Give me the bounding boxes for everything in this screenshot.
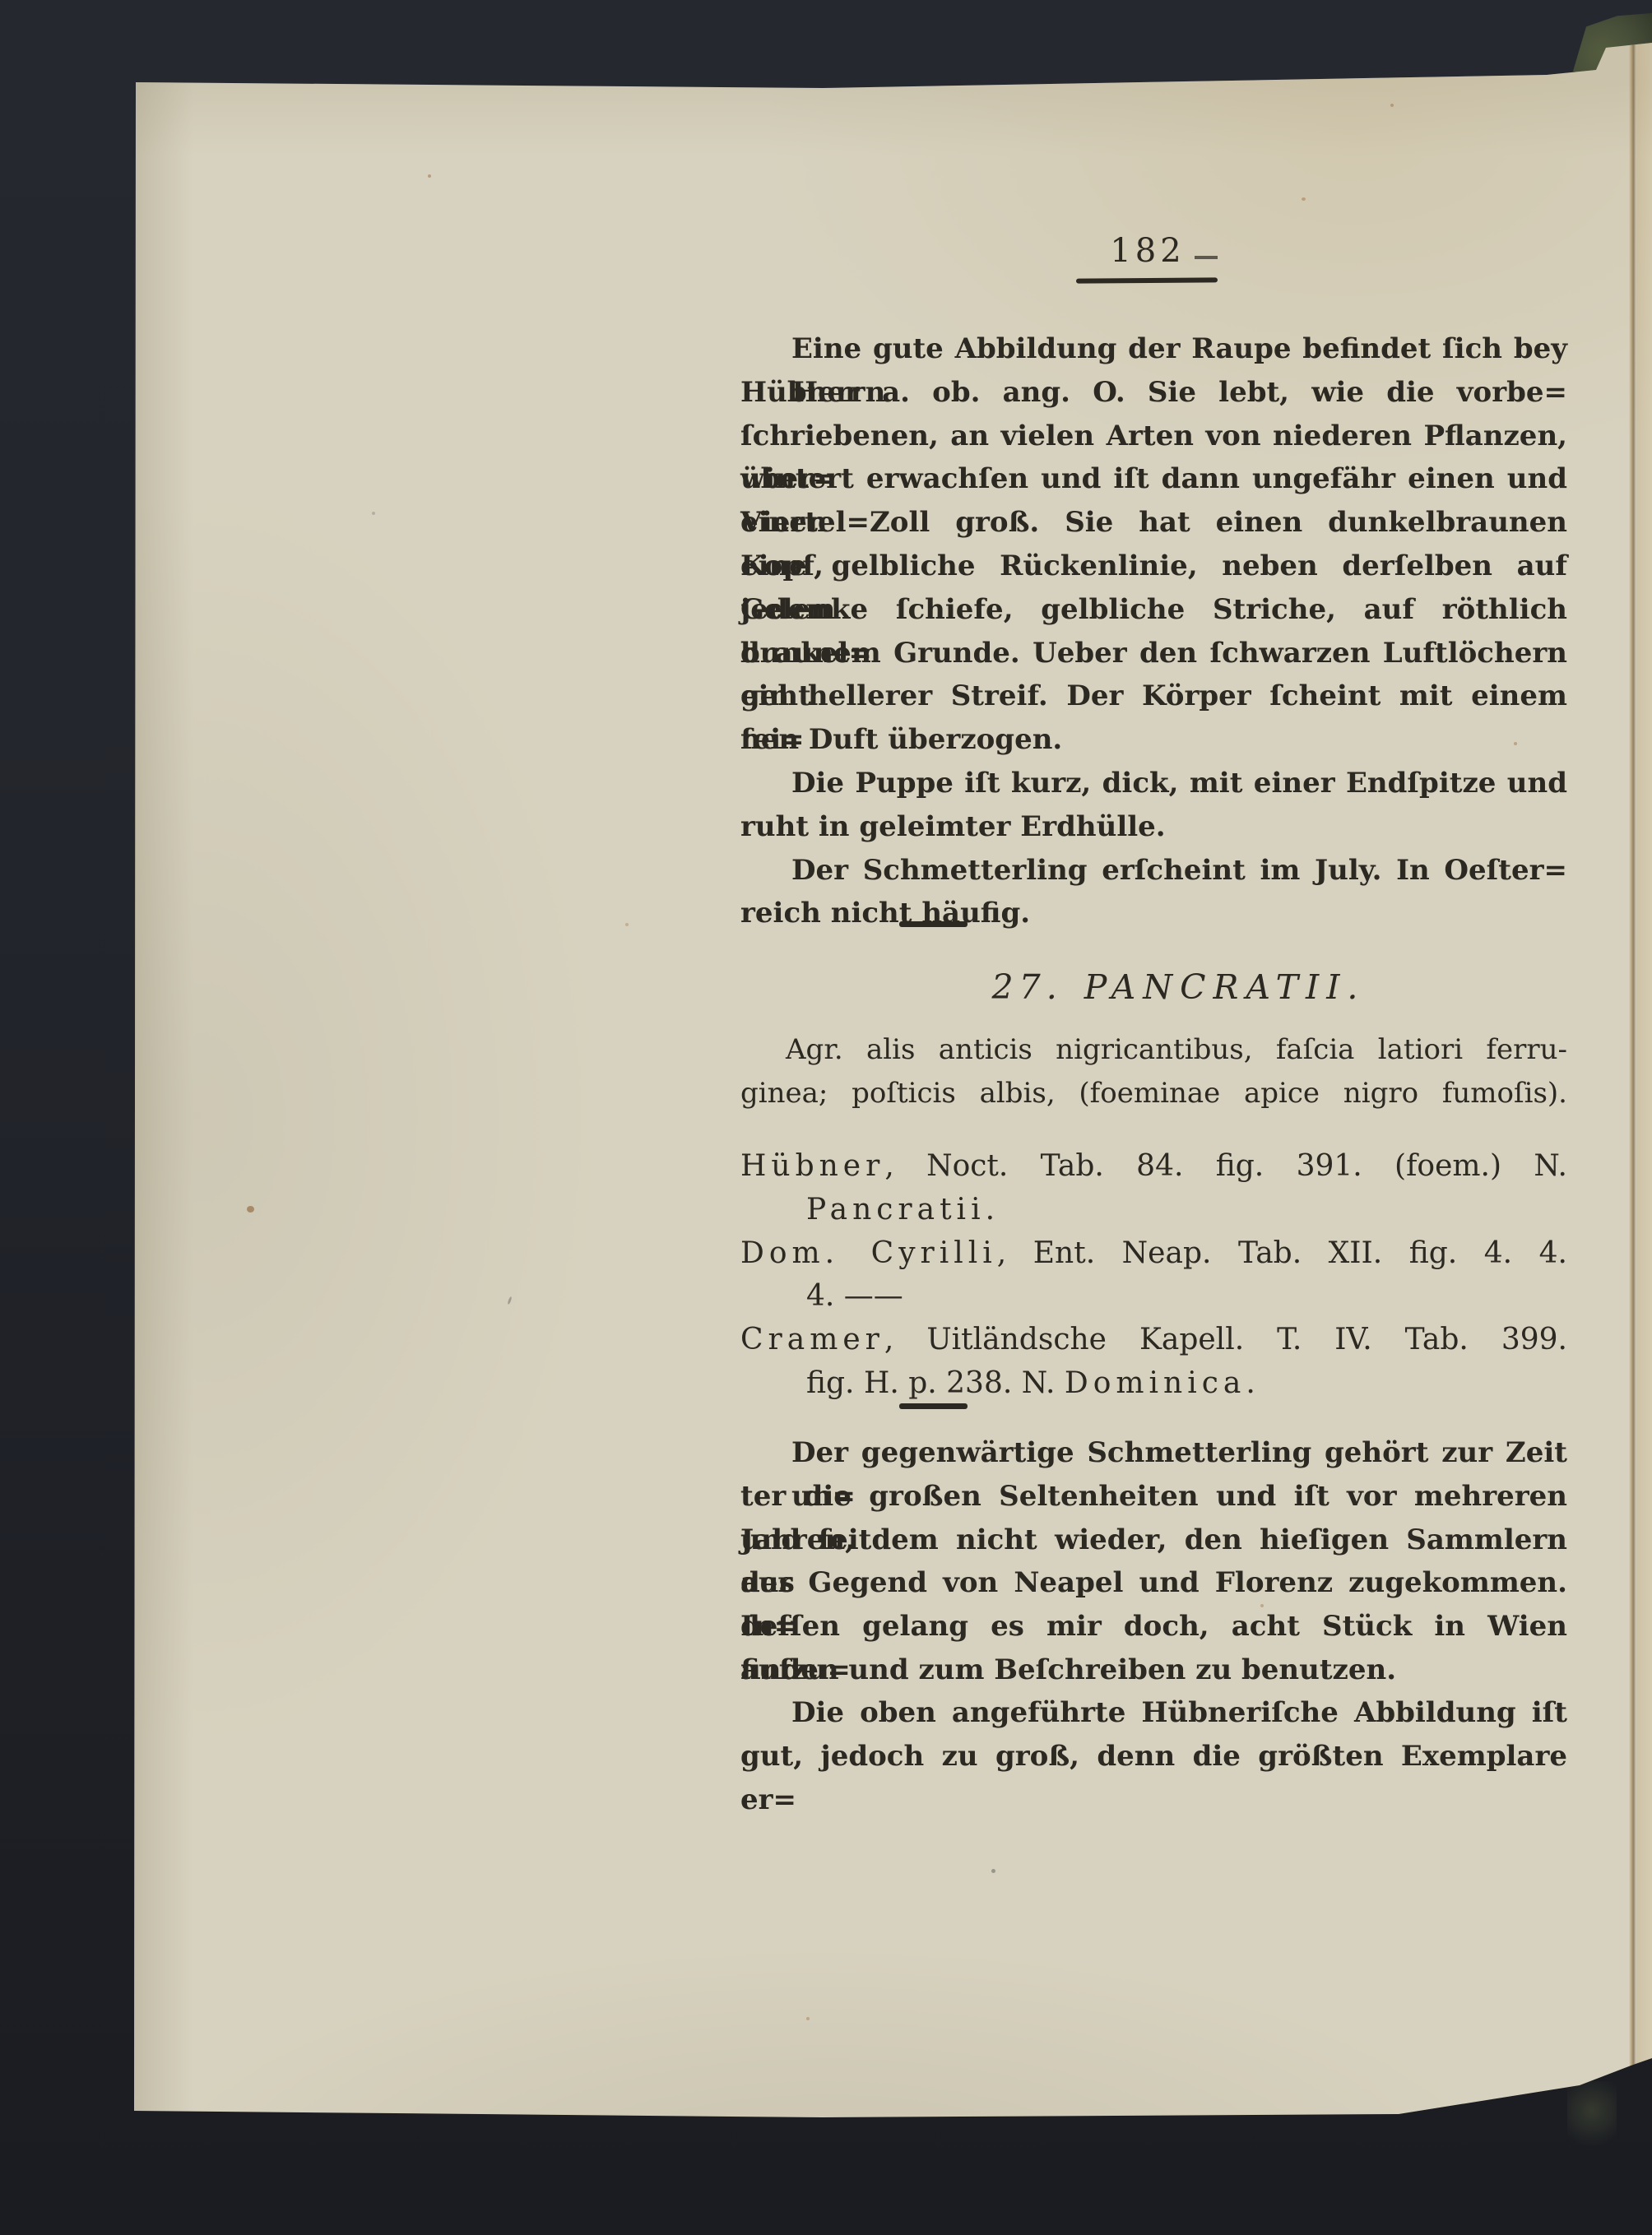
body-line: Viertel=Zoll groß. Sie hat einen dunkelb… — [740, 501, 1567, 545]
body-line: und ſeitdem nicht wieder, den hieſigen S… — [740, 1519, 1567, 1562]
body-line: wintert erwachſen und iſt dann ungefähr … — [740, 457, 1567, 501]
body-line: ter die großen Seltenheiten und iſt vor … — [740, 1475, 1567, 1519]
reference-line: Dom. Cyrilli, Ent. Neap. Tab. XII. fig. … — [740, 1232, 1567, 1276]
page-number: 182 — [1065, 232, 1230, 270]
reference-line: Cramer, Uitländsche Kapell. T. IV. Tab. … — [740, 1319, 1567, 1362]
reference-line: fig. H. p. 238. N. Dominica. — [740, 1362, 1567, 1406]
author-name: Cramer — [740, 1323, 884, 1356]
paragraph-raupe: Eine gute Abbildung der Raupe befindet ſ… — [740, 327, 1567, 935]
book-scan: 182 Eine gute Abbildung der Raupe befind… — [0, 0, 1652, 2235]
paragraph-seltenheit: Der gegenwärtige Schmetterling gehört zu… — [740, 1431, 1567, 1692]
reference-text: fig. H. p. 238. N. — [806, 1366, 1065, 1400]
section-divider — [899, 921, 968, 927]
reference-text: , Uitländsche Kapell. T. IV. Tab. 399. — [884, 1323, 1567, 1356]
page-number-header: 182 — [1065, 232, 1230, 270]
reference-text: 4. —— — [806, 1279, 903, 1313]
body-line: Die Puppe iſt kurz, dick, mit einer Endſ… — [740, 762, 1567, 805]
author-name: Dom. Cyrilli — [740, 1236, 997, 1270]
latin-diagnosis: Agr. alis anticis nigricantibus, faſcia … — [740, 1028, 1567, 1115]
body-line: Gelenke ſchiefe, gelbliche Striche, auf … — [740, 588, 1567, 632]
species-number: 27. — [992, 967, 1063, 1007]
body-line: deſſen gelang es mir doch, acht Stück in… — [740, 1605, 1567, 1648]
book-page: 182 Eine gute Abbildung der Raupe befind… — [0, 0, 1652, 2235]
page-number-dash — [1195, 256, 1218, 259]
reference-line: 4. —— — [740, 1275, 1567, 1319]
reference-line: Hübner, Noct. Tab. 84. fig. 391. (foem.)… — [740, 1145, 1567, 1189]
text-block: Eine gute Abbildung der Raupe befindet ſ… — [740, 327, 1567, 1890]
diagnosis-line: Agr. alis anticis nigricantibus, faſcia … — [740, 1028, 1567, 1072]
body-line: gut, jedoch zu groß, denn die größten Ex… — [740, 1735, 1567, 1778]
paper-speck — [372, 512, 375, 515]
gutter-fold — [1629, 41, 1636, 2069]
body-line: Eine gute Abbildung der Raupe befindet ſ… — [740, 327, 1567, 371]
body-line: Die oben angeführte Hübneriſche Abbildun… — [740, 1691, 1567, 1735]
body-line: Hübner a. ob. ang. O. Sie lebt, wie die … — [740, 371, 1567, 415]
body-line: ſchriebenen, an vielen Arten von niedere… — [740, 415, 1567, 458]
paper-speck — [806, 2017, 810, 2020]
reference-text: , Ent. Neap. Tab. XII. fig. 4. 4. — [997, 1236, 1567, 1270]
body-line: finden und zum Beſchreiben zu benutzen. — [740, 1648, 1567, 1692]
body-line: nen Duft überzogen. — [740, 718, 1567, 762]
diagnosis-line: ginea; poſticis albis, (foeminae apice n… — [740, 1072, 1567, 1115]
species-ref-name: Pancratii. — [806, 1193, 1000, 1226]
body-line: reich nicht häufig. — [740, 892, 1567, 935]
body-line: eine gelbliche Rückenlinie, neben derſel… — [740, 545, 1567, 588]
paper-mark — [507, 1296, 512, 1305]
body-line: der Gegend von Neapel und Florenz zugeko… — [740, 1561, 1567, 1605]
paragraph-abbildung: Die oben angeführte Hübneriſche Abbildun… — [740, 1691, 1567, 1778]
body-line: braunem Grunde. Ueber den ſchwarzen Luft… — [740, 632, 1567, 675]
header-rule — [1076, 277, 1218, 283]
paper-speck — [625, 923, 629, 926]
body-line: Der gegenwärtige Schmetterling gehört zu… — [740, 1431, 1567, 1475]
species-ref-name: Dominica. — [1065, 1366, 1260, 1400]
paper-speck — [247, 1206, 254, 1213]
species-heading: 27.PANCRATII. — [740, 967, 1592, 1007]
species-name: PANCRATII. — [1084, 967, 1366, 1007]
page-fore-edge — [1636, 41, 1652, 2065]
paper-speck — [1302, 197, 1306, 201]
reference-text: , Noct. Tab. 84. fig. 391. (foem.) N. — [884, 1149, 1567, 1183]
body-line: ruht in geleimter Erdhülle. — [740, 805, 1567, 849]
book-binding-shadow — [1567, 2081, 1617, 2155]
body-line: ein hellerer Streif. Der Körper ſcheint … — [740, 675, 1567, 718]
section-divider — [899, 1403, 968, 1409]
references: Hübner, Noct. Tab. 84. fig. 391. (foem.)… — [740, 1145, 1567, 1406]
paper-speck — [1390, 104, 1394, 107]
paper-speck — [428, 174, 431, 178]
author-name: Hübner — [740, 1149, 884, 1183]
body-line: Der Schmetterling erſcheint im July. In … — [740, 849, 1567, 893]
reference-line: Pancratii. — [740, 1189, 1567, 1232]
